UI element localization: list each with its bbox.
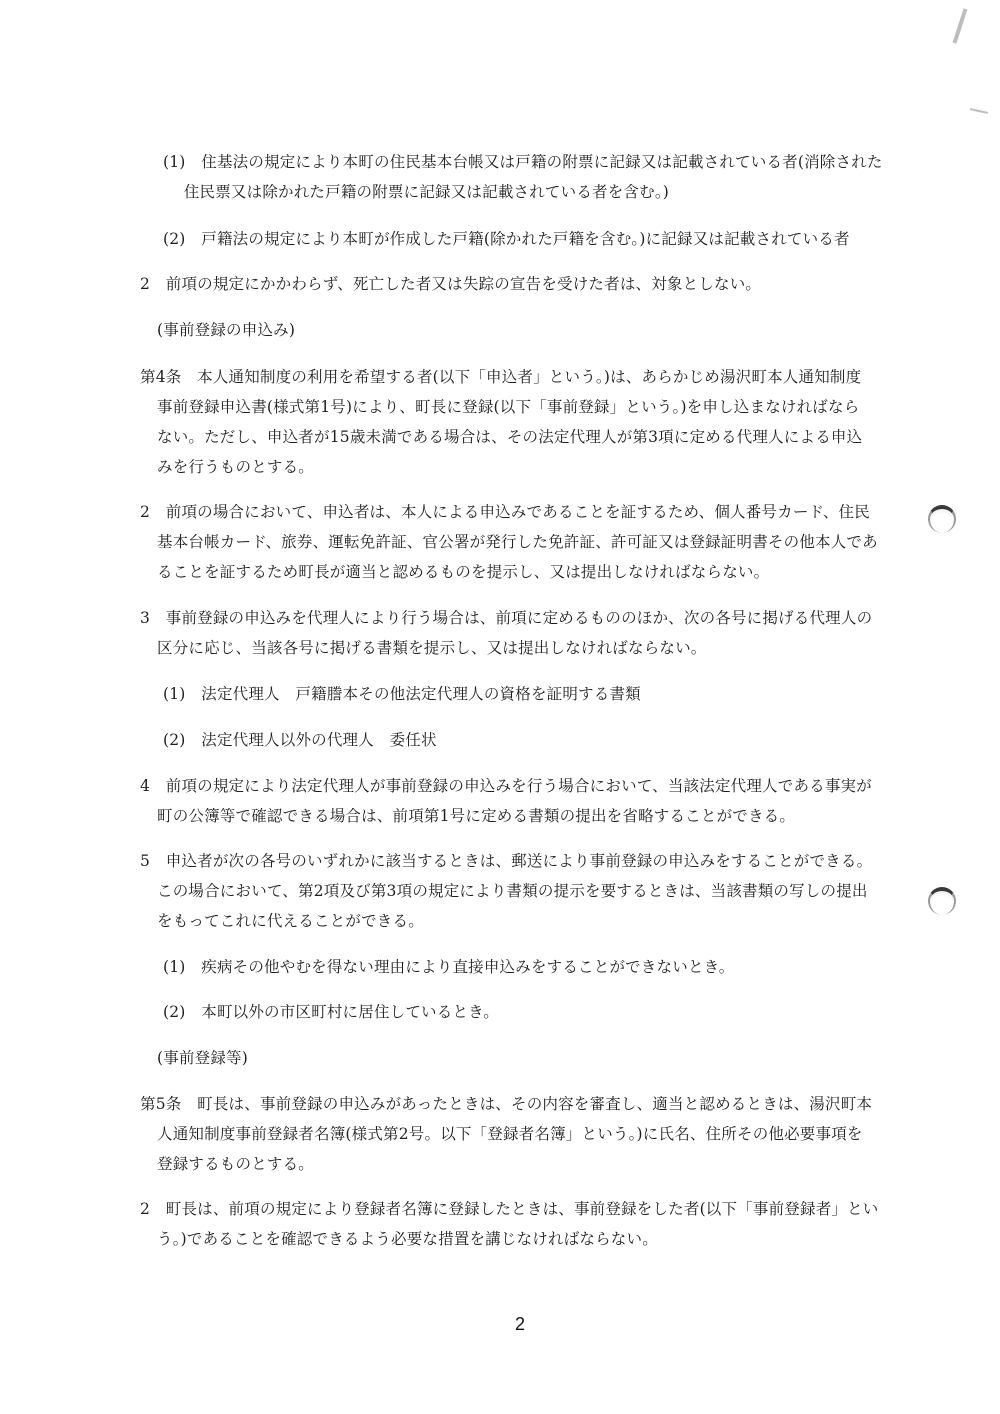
document-line: 登録するものとする。	[157, 1154, 314, 1174]
document-line: (1) 疾病その他やむを得ない理由により直接申込みをすることができないとき。	[163, 957, 734, 977]
document-line: 区分に応じ、当該各号に掲げる書類を提示し、又は提出しなければならない。	[157, 638, 707, 658]
document-line: 人通知制度事前登録者名簿(様式第2号。以下「登録者名簿」という。)に氏名、住所そ…	[157, 1124, 863, 1144]
document-line: 5 申込者が次の各号のいずれかに該当するときは、郵送により事前登録の申込みをする…	[140, 851, 872, 871]
document-line: (2) 本町以外の市区町村に居住しているとき。	[163, 1002, 499, 1022]
document-line: (2) 戸籍法の規定により本町が作成した戸籍(除かれた戸籍を含む。)に記録又は記…	[163, 229, 850, 249]
document-line: (1) 法定代理人 戸籍謄本その他法定代理人の資格を証明する書類	[163, 684, 641, 704]
document-line: 3 事前登録の申込みを代理人により行う場合は、前項に定めるもののほか、次の各号に…	[140, 608, 872, 628]
document-line: (事前登録の申込み)	[157, 320, 295, 340]
document-line: (1) 住基法の規定により本町の住民基本台帳又は戸籍の附票に記録又は記載されてい…	[163, 152, 883, 172]
document-line: この場合において、第2項及び第3項の規定により書類の提示を要するときは、当該書類…	[157, 881, 868, 901]
document-line: みを行うものとする。	[157, 457, 314, 477]
punch-hole-mark	[928, 887, 956, 915]
punch-hole-mark	[928, 505, 956, 533]
document-line: 事前登録申込書(様式第1号)により、町長に登録(以下「事前登録」という。)を申し…	[157, 397, 859, 417]
document-line: 2 前項の規定にかかわらず、死亡した者又は失踪の宣告を受けた者は、対象としない。	[140, 274, 761, 294]
document-line: 2 町長は、前項の規定により登録者名簿に登録したときは、事前登録をした者(以下「…	[140, 1199, 879, 1219]
document-line: 住民票又は除かれた戸籍の附票に記録又は記載されている者を含む。)	[163, 182, 669, 202]
document-line: 第4条 本人通知制度の利用を希望する者(以下「申込者」という。)は、あらかじめ湯…	[140, 367, 861, 387]
document-line: (事前登録等)	[157, 1048, 248, 1068]
document-line: ることを証するため町長が適当と認めるものを提示し、又は提出しなければならない。	[157, 562, 769, 582]
scan-artifact-mark	[970, 108, 988, 114]
document-line: う。)であることを確認できるよう必要な措置を講じなければならない。	[157, 1229, 658, 1249]
document-line: ない。ただし、申込者が15歳未満である場合は、その法定代理人が第3項に定める代理…	[157, 427, 862, 447]
document-line: 第5条 町長は、事前登録の申込みがあったときは、その内容を審査し、適当と認めると…	[140, 1094, 872, 1114]
page-number: 2	[0, 1314, 1000, 1335]
scan-artifact-mark	[953, 8, 968, 43]
document-line: (2) 法定代理人以外の代理人 委任状	[163, 730, 437, 750]
document-line: 2 前項の場合において、申込者は、本人による申込みであることを証するため、個人番…	[140, 502, 870, 522]
document-line: 4 前項の規定により法定代理人が事前登録の申込みを行う場合において、当該法定代理…	[140, 776, 872, 796]
document-page: (1) 住基法の規定により本町の住民基本台帳又は戸籍の附票に記録又は記載されてい…	[0, 0, 1000, 1414]
document-line: 基本台帳カード、旅券、運転免許証、官公署が発行した免許証、許可証又は登録証明書そ…	[157, 532, 878, 552]
document-line: 町の公簿等で確認できる場合は、前項第1号に定める書類の提出を省略することができる…	[157, 806, 795, 826]
document-line: をもってこれに代えることができる。	[157, 911, 424, 931]
